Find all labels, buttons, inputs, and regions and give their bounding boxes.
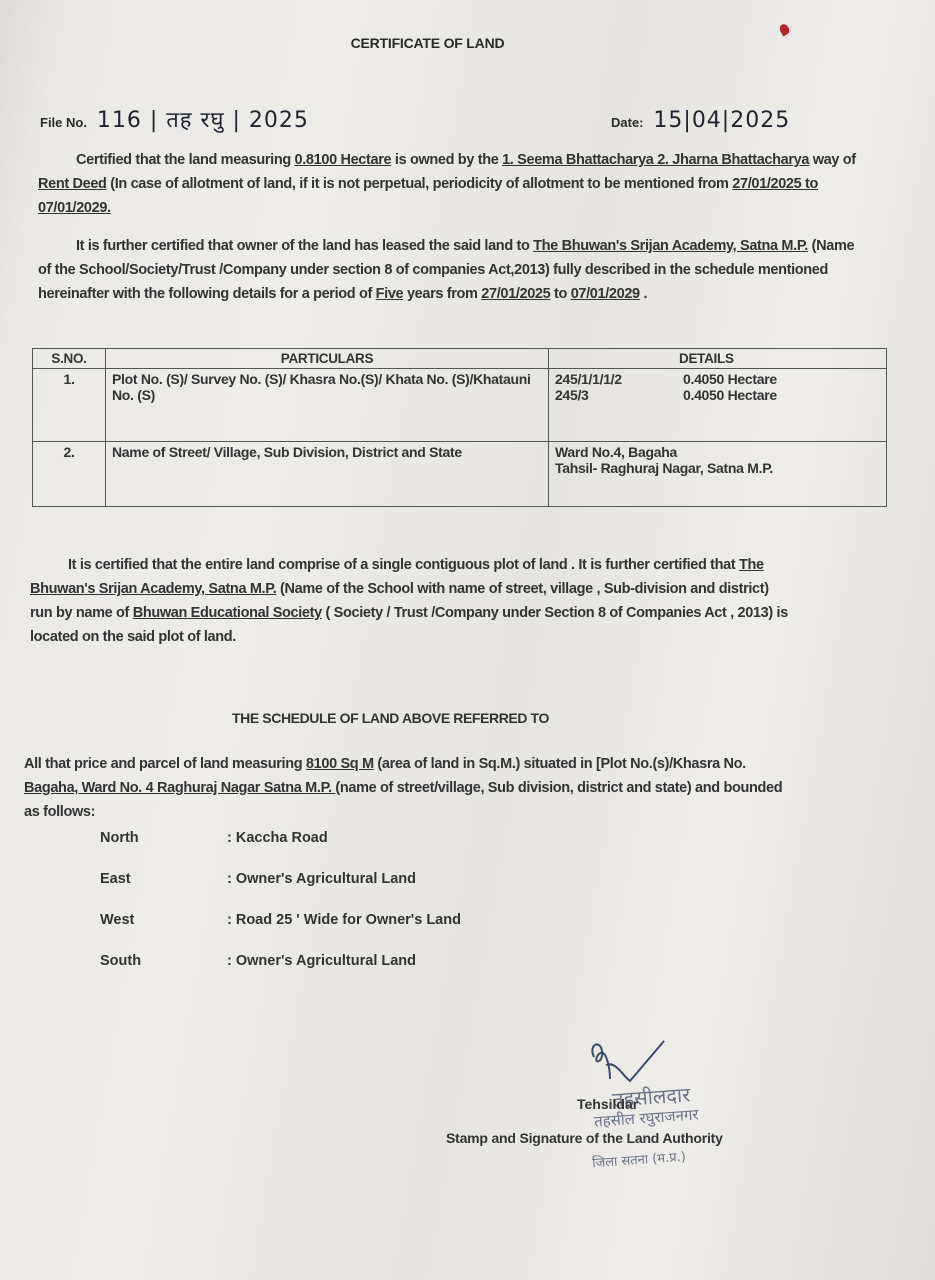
plot-number: 245/1/1/1/2 [555,371,683,387]
row-sno: 1. [33,369,106,442]
boundary-description: : Road 25 ' Wide for Owner's Land [227,912,461,953]
table-row: 2. Name of Street/ Village, Sub Division… [33,442,887,507]
area-sqm: 8100 Sq M [306,756,374,772]
boundary-row: East: Owner's Agricultural Land [100,871,461,912]
plot-detail: 245/1/1/1/20.4050 Hectare [555,371,880,387]
boundary-row: South: Owner's Agricultural Land [100,953,461,994]
lease-to: 07/01/2029 [571,286,640,302]
text: (area of land in Sq.M.) situated in [Plo… [374,756,746,772]
row-particulars: Plot No. (S)/ Survey No. (S)/ Khasra No.… [106,369,549,442]
text: years from [403,286,481,302]
row-details: 245/1/1/1/20.4050 Hectare 245/30.4050 He… [549,369,887,442]
address-line: Tahsil- Raghuraj Nagar, Satna M.P. [555,460,880,476]
stamp-text-line3: जिला सतना (म.प्र.) [591,1147,686,1172]
boundary-direction: West [100,912,227,953]
date: Date: 15|04|2025 [611,108,790,133]
file-no-value: 116 | तह रघु | 2025 [97,108,309,133]
text: to [550,286,570,302]
plot-number: 245/3 [555,387,683,403]
schedule-paragraph: All that price and parcel of land measur… [24,752,784,824]
plot-area: 0.4050 Hectare [683,371,777,387]
society-name: Bhuwan Educational Society [133,605,322,621]
table-row: 1. Plot No. (S)/ Survey No. (S)/ Khasra … [33,369,887,442]
contiguous-plot-paragraph: It is certified that the entire land com… [30,553,790,649]
text: way of [809,152,856,168]
particulars-table: S.NO. PARTICULARS DETAILS 1. Plot No. (S… [32,348,887,507]
boundaries-list: North: Kaccha Road East: Owner's Agricul… [100,830,461,994]
lease-paragraph: It is further certified that owner of th… [38,234,868,306]
date-label: Date: [611,115,644,130]
row-particulars: Name of Street/ Village, Sub Division, D… [106,442,549,507]
date-value: 15|04|2025 [653,108,790,133]
boundary-direction: North [100,830,227,871]
text: All that price and parcel of land measur… [24,756,306,772]
document-title: CERTIFICATE OF LAND [0,35,855,51]
boundary-description: : Owner's Agricultural Land [227,953,416,994]
address-line: Ward No.4, Bagaha [555,444,880,460]
lessee: The Bhuwan's Srijan Academy, Satna M.P. [533,238,808,254]
lease-from: 27/01/2025 [481,286,550,302]
text: (In case of allotment of land, if it is … [107,176,733,192]
deed-type: Rent Deed [38,176,107,192]
ownership-paragraph: Certified that the land measuring 0.8100… [38,148,868,220]
boundary-row: West: Road 25 ' Wide for Owner's Land [100,912,461,953]
plot-area: 0.4050 Hectare [683,387,777,403]
schedule-title: THE SCHEDULE OF LAND ABOVE REFERRED TO [232,710,549,726]
text: is owned by the [391,152,502,168]
row-sno: 2. [33,442,106,507]
boundary-description: : Kaccha Road [227,830,328,871]
file-number: File No. 116 | तह रघु | 2025 [40,104,309,134]
header-sno: S.NO. [33,349,106,369]
plot-detail: 245/30.4050 Hectare [555,387,880,403]
text: It is certified that the entire land com… [68,557,739,573]
location: Bagaha, Ward No. 4 Raghuraj Nagar Satna … [24,780,335,796]
land-area: 0.8100 Hectare [295,152,392,168]
text: Certified that the land measuring [76,152,295,168]
lease-years: Five [376,286,404,302]
authority-label: Stamp and Signature of the Land Authorit… [446,1130,723,1146]
boundary-description: : Owner's Agricultural Land [227,871,416,912]
owners: 1. Seema Bhattacharya 2. Jharna Bhattach… [502,152,809,168]
text: . [640,286,647,302]
text: It is further certified that owner of th… [76,238,533,254]
certificate-page: CERTIFICATE OF LAND File No. 116 | तह रघ… [0,0,935,1280]
table-header: S.NO. PARTICULARS DETAILS [33,349,887,369]
header-details: DETAILS [549,349,887,369]
boundary-direction: East [100,871,227,912]
boundary-row: North: Kaccha Road [100,830,461,871]
header-particulars: PARTICULARS [106,349,549,369]
row-details: Ward No.4, Bagaha Tahsil- Raghuraj Nagar… [549,442,887,507]
boundary-direction: South [100,953,227,994]
file-no-label: File No. [40,115,87,130]
